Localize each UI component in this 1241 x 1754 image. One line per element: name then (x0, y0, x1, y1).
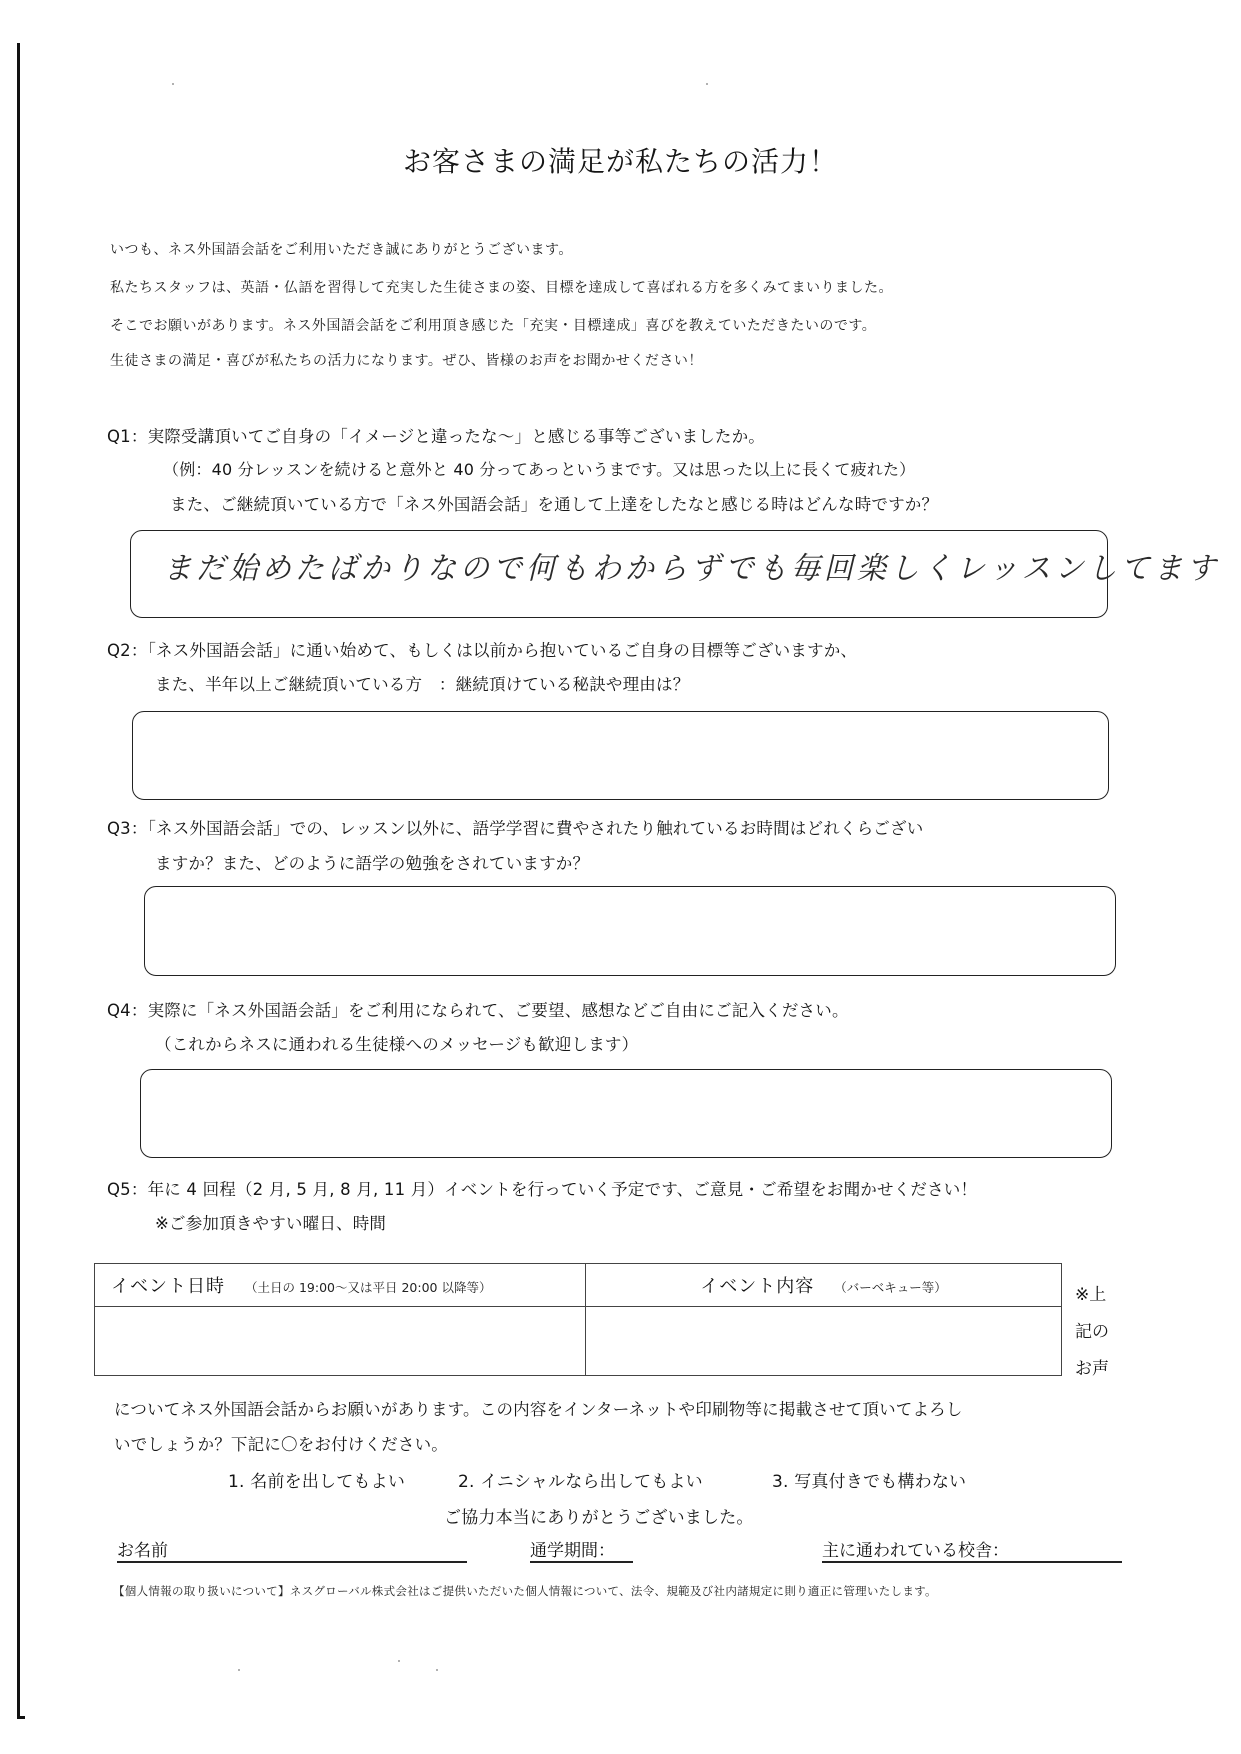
intro-line: いつも、ネス外国語会話をご利用いただき誠にありがとうございます。 (110, 239, 573, 259)
event-content-header: イベント内容（バーベキュー等） (586, 1264, 1062, 1307)
event-date-header: イベント日時（土日の 19:00～又は平日 20:00 以降等） (95, 1264, 586, 1307)
scan-speck (706, 83, 708, 85)
school-underline (822, 1561, 1122, 1563)
q1-answer-box[interactable]: まだ始めたばかりなので何もわからずでも毎回楽しくレッスンしてます (130, 530, 1108, 618)
q1-handwritten-answer: まだ始めたばかりなので何もわからずでも毎回楽しくレッスンしてます (163, 545, 1220, 588)
consent-option-name[interactable]: 1. 名前を出してもよい (228, 1467, 405, 1492)
q3-followup: ますか？また、どのように語学の勉強をされていますか？ (155, 850, 589, 874)
side-note: ※上 記の お声 (1075, 1277, 1109, 1388)
period-label: 通学期間： (530, 1536, 615, 1561)
intro-line: 私たちスタッフは、英語・仏語を習得して充実した生徒さまの姿、目標を達成して喜ばれ… (110, 277, 893, 297)
consent-option-photo[interactable]: 3. 写真付きでも構わない (772, 1467, 966, 1492)
consent-line: についてネス外国語会話からお願いがあります。この内容をインターネットや印刷物等に… (114, 1396, 963, 1420)
q1-followup: また、ご継続頂いている方で「ネス外国語会話」を通して上達をしたなと感じる時はどん… (170, 491, 938, 515)
consent-line: いでしょうか？下記に〇をお付けください。 (114, 1431, 448, 1455)
q2-answer-box[interactable] (132, 711, 1109, 800)
page-edge-rule-foot (17, 1716, 25, 1719)
event-table-header: イベント日時（土日の 19:00～又は平日 20:00 以降等） イベント内容（… (95, 1264, 1062, 1307)
period-underline (530, 1561, 633, 1563)
q4-answer-box[interactable] (140, 1069, 1112, 1158)
event-content-cell[interactable] (586, 1307, 1062, 1376)
q3-answer-box[interactable] (144, 886, 1116, 976)
scan-speck (436, 1669, 438, 1671)
name-underline (117, 1561, 467, 1563)
school-label: 主に通われている校舎： (822, 1536, 1009, 1561)
q5-question: Q5：年に 4 回程（2 月, 5 月, 8 月, 11 月）イベントを行ってい… (107, 1176, 977, 1200)
event-date-note: （土日の 19:00～又は平日 20:00 以降等） (245, 1280, 491, 1295)
scan-speck (398, 1660, 400, 1662)
event-content-note: （バーベキュー等） (834, 1280, 947, 1295)
q3-question: Q3：「ネス外国語会話」での、レッスン以外に、語学学習に費やされたり触れているお… (107, 815, 923, 839)
intro-line: そこでお願いがあります。ネス外国語会話をご利用頂き感じた「充実・目標達成」喜びを… (110, 315, 876, 335)
q5-note: ※ご参加頂きやすい曜日、時間 (155, 1210, 386, 1234)
event-date-label: イベント日時 (111, 1276, 225, 1297)
consent-option-initials[interactable]: 2. イニシャルなら出してもよい (458, 1467, 703, 1492)
event-table: イベント日時（土日の 19:00～又は平日 20:00 以降等） イベント内容（… (94, 1263, 1062, 1376)
side-note-line: ※上 (1075, 1277, 1109, 1314)
side-note-line: お声 (1075, 1351, 1109, 1388)
event-date-cell[interactable] (95, 1307, 586, 1376)
q2-question: Q2：「ネス外国語会話」に通い始めて、もしくは以前から抱いているご自身の目標等ご… (107, 637, 857, 661)
event-table-row (95, 1307, 1062, 1376)
q4-followup: （これからネスに通われる生徒様へのメッセージも歓迎します） (155, 1031, 638, 1055)
page-edge-rule (17, 43, 20, 1719)
q1-example: （例：40 分レッスンを続けると意外と 40 分ってあっというまです。又は思った… (163, 457, 915, 480)
intro-line: 生徒さまの満足・喜びが私たちの活力になります。ぜひ、皆様のお声をお聞かせください… (110, 350, 703, 370)
name-label: お名前 (117, 1536, 168, 1561)
thanks-message: ご協力本当にありがとうございました。 (444, 1503, 754, 1528)
event-content-label: イベント内容 (700, 1276, 814, 1297)
privacy-notice: 【個人情報の取り扱いについて】ネスグローバル株式会社はご提供いただいた個人情報に… (113, 1583, 937, 1599)
scan-speck (172, 83, 174, 85)
q1-question: Q1：実際受講頂いてご自身の「イメージと違ったな～」と感じる事等ございましたか。 (107, 423, 765, 447)
q4-question: Q4：実際に「ネス外国語会話」をご利用になられて、ご要望、感想などご自由にご記入… (107, 997, 849, 1021)
scan-speck (238, 1669, 240, 1671)
side-note-line: 記の (1075, 1314, 1109, 1351)
page-title: お客さまの満足が私たちの活力！ (0, 140, 1241, 180)
q2-followup: また、半年以上ご継続頂いている方 ：継続頂けている秘訣や理由は？ (155, 671, 689, 695)
